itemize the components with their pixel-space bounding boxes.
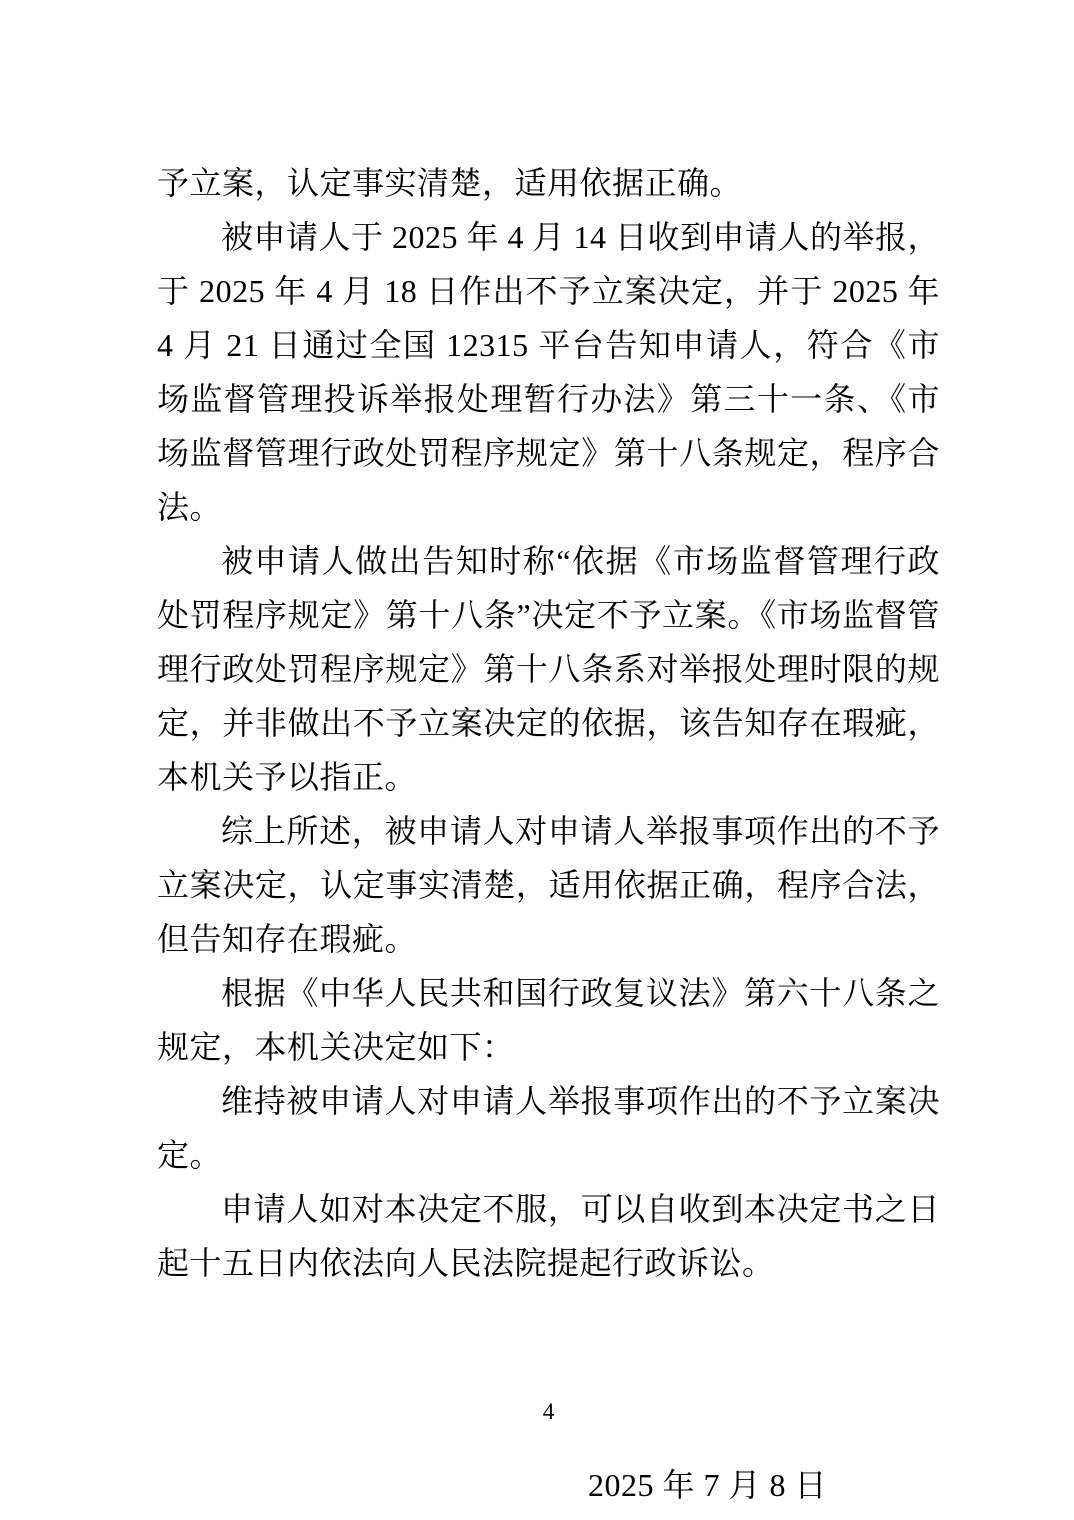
paragraph: 被申请人于 2025 年 4 月 14 日收到申请人的举报，于 2025 年 4…	[157, 210, 940, 534]
document-body: 予立案，认定事实清楚，适用依据正确。 被申请人于 2025 年 4 月 14 日…	[157, 156, 940, 1512]
paragraph-appeal-rights: 申请人如对本决定不服，可以自收到本决定书之日起十五日内依法向人民法院提起行政诉讼…	[157, 1182, 940, 1290]
page-footer: 4	[157, 1398, 940, 1426]
decision-date: 2025 年 7 月 8 日	[157, 1458, 940, 1512]
document-page: 予立案，认定事实清楚，适用依据正确。 被申请人于 2025 年 4 月 14 日…	[0, 0, 1074, 1520]
paragraph: 被申请人做出告知时称“依据《市场监督管理行政处罚程序规定》第十八条”决定不予立案…	[157, 534, 940, 804]
paragraph-decision: 维持被申请人对申请人举报事项作出的不予立案决定。	[157, 1074, 940, 1182]
page-number: 4	[543, 1399, 555, 1424]
paragraph-continuation: 予立案，认定事实清楚，适用依据正确。	[157, 156, 940, 210]
paragraph: 综上所述，被申请人对申请人举报事项作出的不予立案决定，认定事实清楚，适用依据正确…	[157, 804, 940, 966]
paragraph: 根据《中华人民共和国行政复议法》第六十八条之规定，本机关决定如下：	[157, 966, 940, 1074]
